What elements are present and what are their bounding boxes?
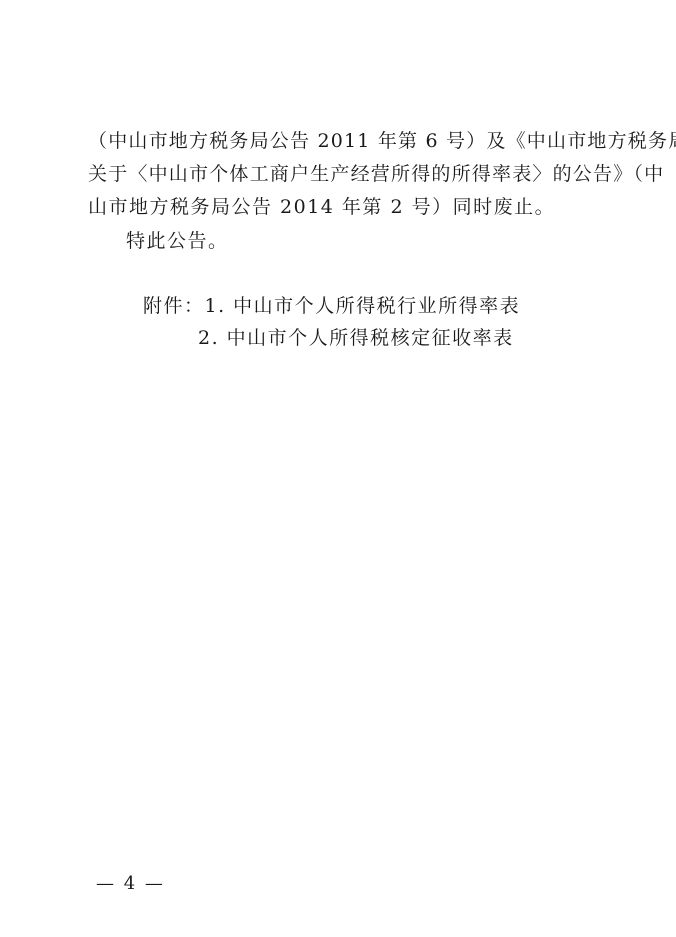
paragraph-line-2: 关于〈中山市个体工商户生产经营所得的所得率表〉的公告》（中	[88, 159, 664, 186]
attachment-item-1: 附件：1. 中山市个人所得税行业所得率表	[143, 291, 520, 318]
attachment-item-2: 2. 中山市个人所得税核定征收率表	[198, 323, 514, 350]
closing-statement: 特此公告。	[126, 226, 229, 253]
page-number: — 4 —	[96, 873, 165, 894]
paragraph-line-3: 山市地方税务局公告 2014 年第 2 号）同时废止。	[88, 192, 555, 219]
paragraph-line-1: （中山市地方税务局公告 2011 年第 6 号）及《中山市地方税务局	[88, 126, 676, 153]
